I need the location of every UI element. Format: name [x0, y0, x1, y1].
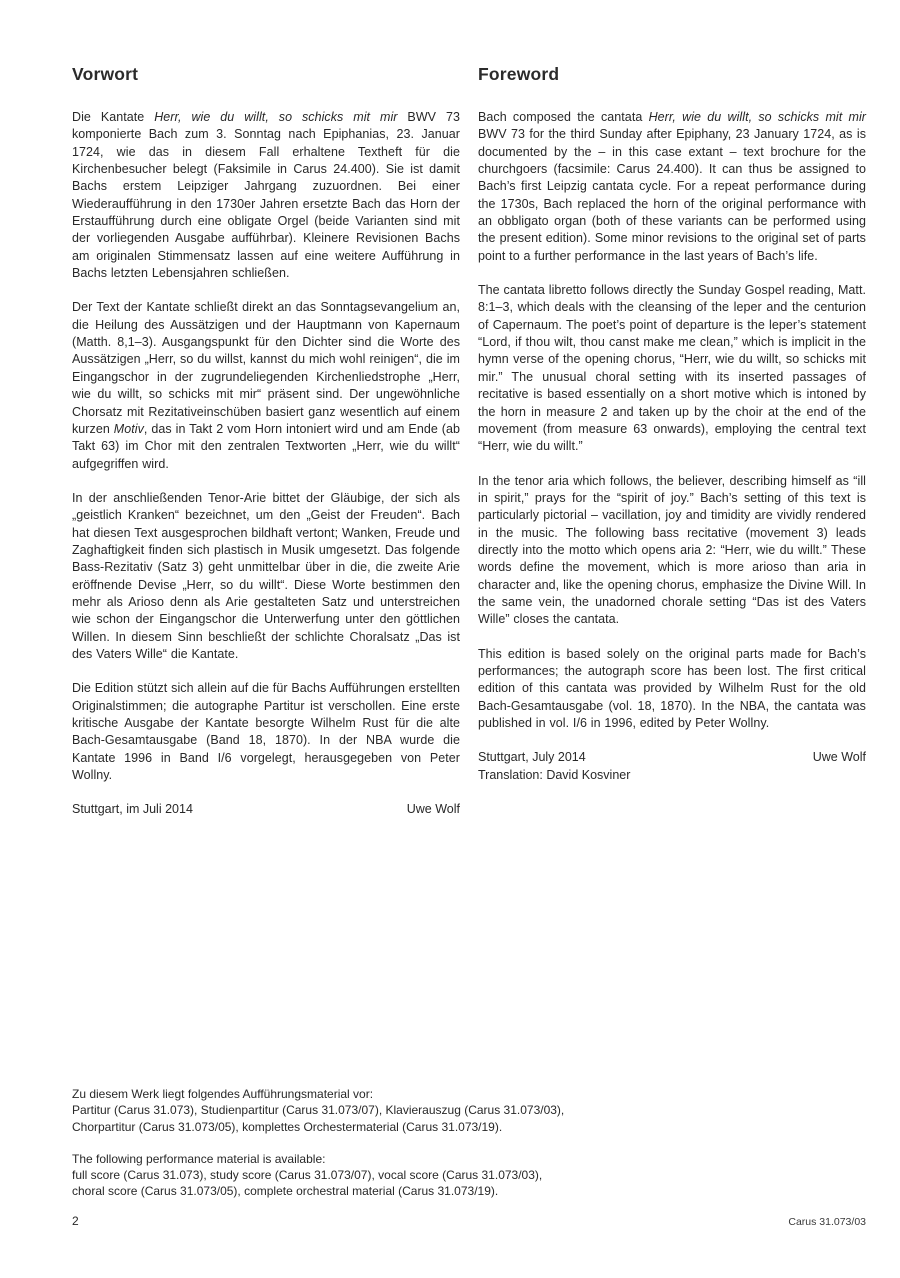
- edition-number: Carus 31.073/03: [788, 1216, 866, 1228]
- german-paragraph-1: Die Kantate Herr, wie du willt, so schic…: [72, 109, 460, 282]
- page-footer: 2 Carus 31.073/03: [72, 1214, 866, 1228]
- german-paragraph-2: Der Text der Kantate schließt direkt an …: [72, 299, 460, 472]
- english-signature-place-date: Stuttgart, July 2014: [478, 749, 586, 766]
- materials-german-intro: Zu diesem Werk liegt folgendes Aufführun…: [72, 1086, 866, 1102]
- materials-german-line: Partitur (Carus 31.073), Studienpartitur…: [72, 1102, 866, 1118]
- foreword-page: Vorwort Die Kantate Herr, wie du willt, …: [0, 0, 900, 1278]
- english-paragraph-1: Bach composed the cantata Herr, wie du w…: [478, 109, 866, 265]
- german-paragraph-4: Die Edition stützt sich allein auf die f…: [72, 680, 460, 784]
- english-signature-author: Uwe Wolf: [813, 749, 866, 766]
- german-signature-author: Uwe Wolf: [407, 801, 460, 818]
- english-paragraph-3: In the tenor aria which follows, the bel…: [478, 473, 866, 629]
- german-column: Vorwort Die Kantate Herr, wie du willt, …: [72, 64, 460, 819]
- german-signature-place-date: Stuttgart, im Juli 2014: [72, 801, 193, 818]
- german-paragraph-3: In der anschließenden Tenor-Arie bittet …: [72, 490, 460, 663]
- materials-german-line: Chorpartitur (Carus 31.073/05), komplett…: [72, 1119, 866, 1135]
- german-signature-row: Stuttgart, im Juli 2014 Uwe Wolf: [72, 801, 460, 818]
- vorwort-heading: Vorwort: [72, 64, 460, 85]
- page-number: 2: [72, 1214, 79, 1228]
- two-column-content: Vorwort Die Kantate Herr, wie du willt, …: [72, 64, 866, 819]
- translation-credit: Translation: David Kosviner: [478, 767, 866, 784]
- materials-english-line: choral score (Carus 31.073/05), complete…: [72, 1183, 866, 1199]
- materials-german-group: Zu diesem Werk liegt folgendes Aufführun…: [72, 1086, 866, 1135]
- english-signature-row: Stuttgart, July 2014 Uwe Wolf: [478, 749, 866, 766]
- english-paragraph-4: This edition is based solely on the orig…: [478, 646, 866, 733]
- english-paragraph-2: The cantata libretto follows directly th…: [478, 282, 866, 455]
- materials-english-line: full score (Carus 31.073), study score (…: [72, 1167, 866, 1183]
- materials-english-group: The following performance material is av…: [72, 1151, 866, 1200]
- foreword-heading: Foreword: [478, 64, 866, 85]
- performance-materials-block: Zu diesem Werk liegt folgendes Aufführun…: [72, 1086, 866, 1216]
- materials-english-intro: The following performance material is av…: [72, 1151, 866, 1167]
- english-column: Foreword Bach composed the cantata Herr,…: [478, 64, 866, 819]
